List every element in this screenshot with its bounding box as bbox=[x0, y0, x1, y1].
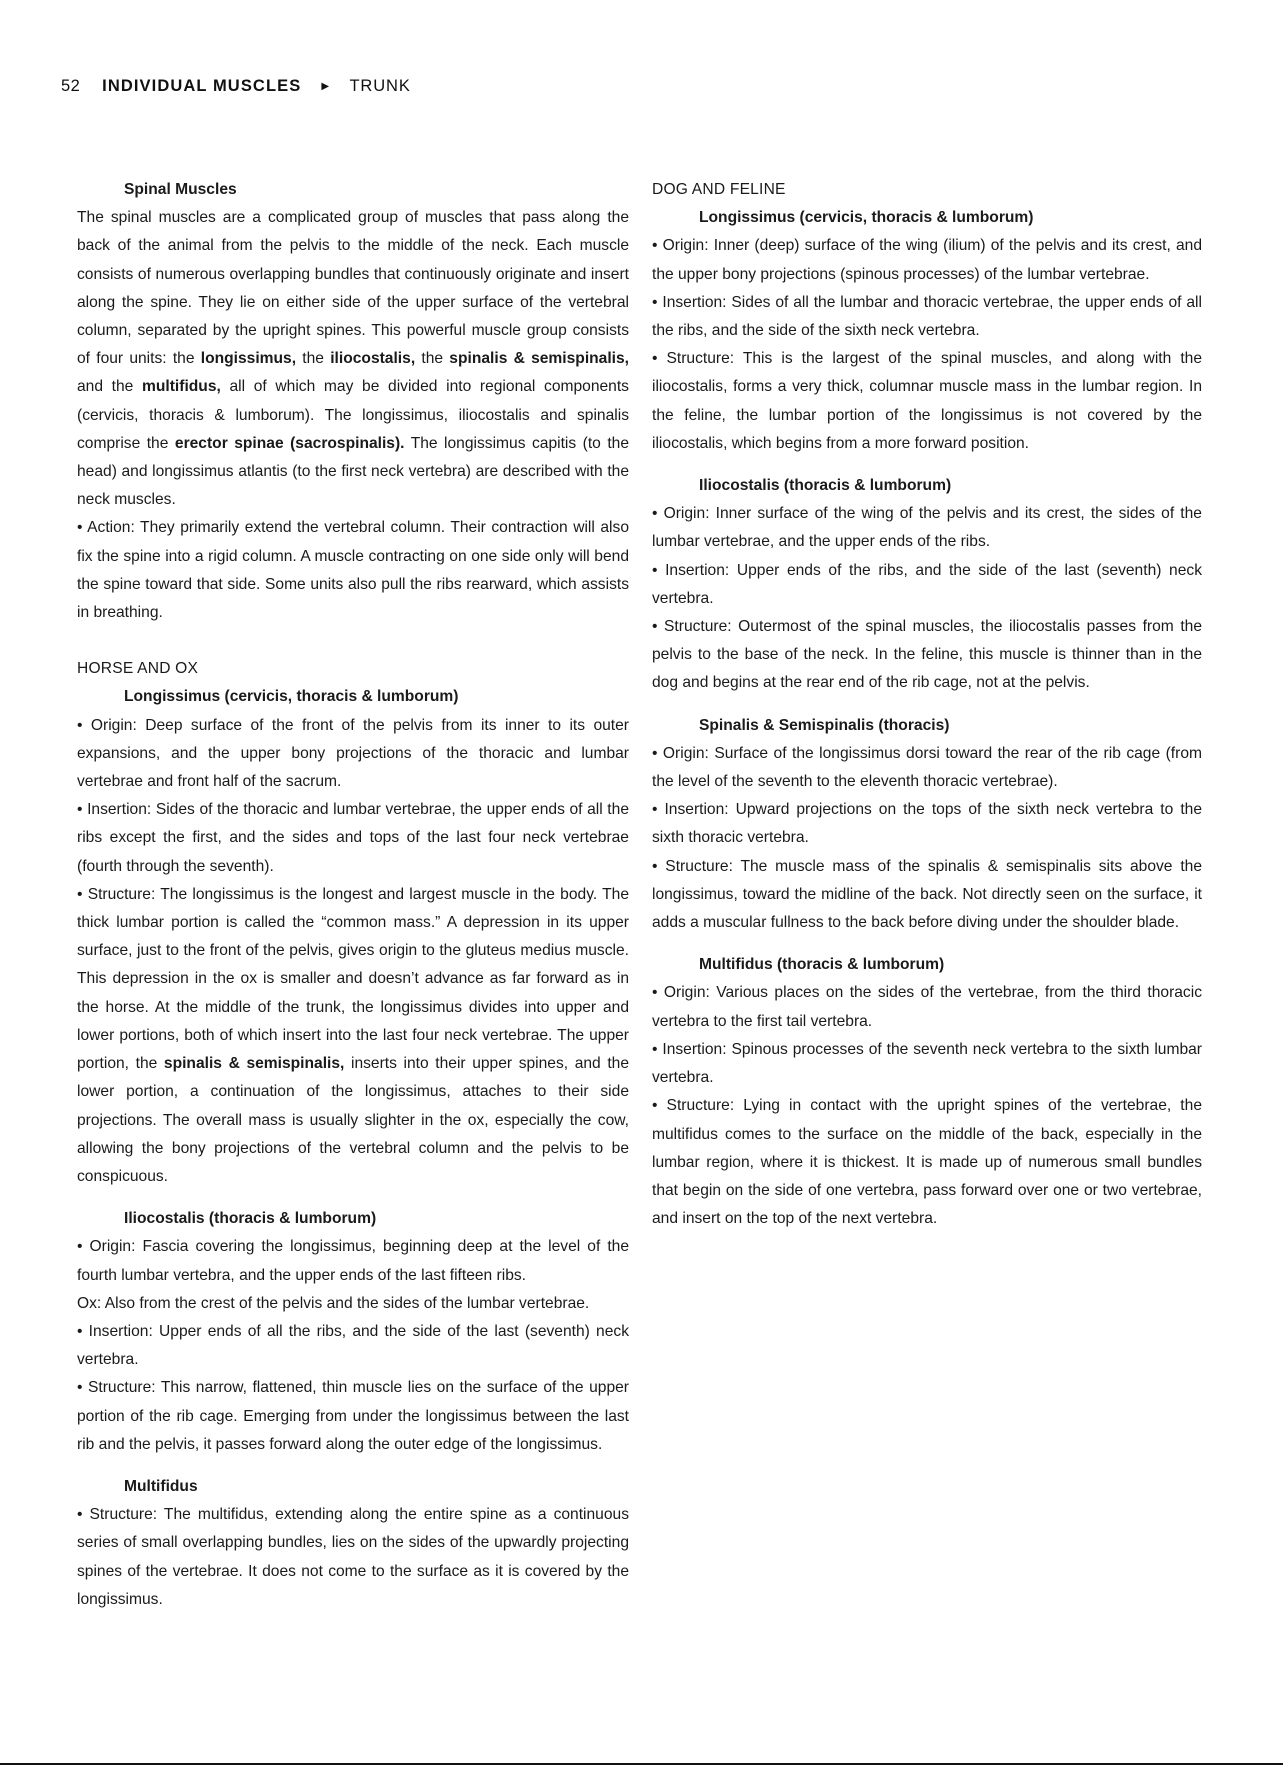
term-spinalis-semispinalis: spinalis & semispinalis, bbox=[164, 1055, 344, 1072]
term-spinalis-semispinalis: spinalis & semispinalis, bbox=[449, 350, 629, 367]
action-paragraph: • Action: They primarily extend the vert… bbox=[77, 514, 629, 627]
running-head: 52 INDIVIDUAL MUSCLES ▶ TRUNK bbox=[61, 77, 411, 96]
left-column: Spinal Muscles The spinal muscles are a … bbox=[77, 176, 629, 1614]
heading-iliocostalis: Iliocostalis (thoracis & lumborum) bbox=[77, 1205, 629, 1233]
structure-paragraph: • Structure: This narrow, flattened, thi… bbox=[77, 1374, 629, 1459]
group-label-dog-feline: DOG AND FELINE bbox=[652, 176, 1202, 204]
structure-paragraph: • Structure: The longissimus is the long… bbox=[77, 881, 629, 1191]
text-run: and the bbox=[77, 378, 142, 395]
origin-paragraph: • Origin: Inner (deep) surface of the wi… bbox=[652, 232, 1202, 288]
structure-paragraph: • Structure: The muscle mass of the spin… bbox=[652, 853, 1202, 938]
text-run: • Structure: The longissimus is the long… bbox=[77, 886, 629, 1072]
origin-paragraph: • Origin: Inner surface of the wing of t… bbox=[652, 500, 1202, 556]
heading-iliocostalis: Iliocostalis (thoracis & lumborum) bbox=[652, 472, 1202, 500]
insertion-paragraph: • Insertion: Upper ends of all the ribs,… bbox=[77, 1318, 629, 1374]
subsection-title: TRUNK bbox=[349, 77, 410, 96]
insertion-paragraph: • Insertion: Spinous processes of the se… bbox=[652, 1036, 1202, 1092]
heading-multifidus: Multifidus (thoracis & lumborum) bbox=[652, 951, 1202, 979]
origin-paragraph: • Origin: Various places on the sides of… bbox=[652, 979, 1202, 1035]
heading-longissimus: Longissimus (cervicis, thoracis & lumbor… bbox=[652, 204, 1202, 232]
intro-paragraph: The spinal muscles are a complicated gro… bbox=[77, 204, 629, 514]
structure-paragraph: • Structure: Lying in contact with the u… bbox=[652, 1092, 1202, 1233]
section-title: INDIVIDUAL MUSCLES bbox=[102, 77, 301, 96]
right-column: DOG AND FELINE Longissimus (cervicis, th… bbox=[652, 176, 1202, 1233]
page-number: 52 bbox=[61, 77, 80, 96]
text-run: The spinal muscles are a complicated gro… bbox=[77, 209, 629, 367]
text-run: the bbox=[296, 350, 330, 367]
insertion-paragraph: • Insertion: Upward projections on the t… bbox=[652, 796, 1202, 852]
origin-paragraph: • Origin: Fascia covering the longissimu… bbox=[77, 1233, 629, 1289]
heading-multifidus: Multifidus bbox=[77, 1473, 629, 1501]
text-run: inserts into their upper spines, and the… bbox=[77, 1055, 629, 1185]
origin-paragraph: • Origin: Deep surface of the front of t… bbox=[77, 712, 629, 797]
heading-longissimus: Longissimus (cervicis, thoracis & lumbor… bbox=[77, 683, 629, 711]
ox-note: Ox: Also from the crest of the pelvis an… bbox=[77, 1290, 629, 1318]
insertion-paragraph: • Insertion: Sides of the thoracic and l… bbox=[77, 796, 629, 881]
term-longissimus: longissimus, bbox=[201, 350, 296, 367]
insertion-paragraph: • Insertion: Sides of all the lumbar and… bbox=[652, 289, 1202, 345]
origin-paragraph: • Origin: Surface of the longissimus dor… bbox=[652, 740, 1202, 796]
text-run: the bbox=[415, 350, 449, 367]
structure-paragraph: • Structure: This is the largest of the … bbox=[652, 345, 1202, 458]
section-heading-spinal-muscles: Spinal Muscles bbox=[77, 176, 629, 204]
insertion-paragraph: • Insertion: Upper ends of the ribs, and… bbox=[652, 557, 1202, 613]
arrow-right-icon: ▶ bbox=[321, 81, 329, 92]
structure-paragraph: • Structure: Outermost of the spinal mus… bbox=[652, 613, 1202, 698]
structure-paragraph: • Structure: The multifidus, extending a… bbox=[77, 1501, 629, 1614]
term-iliocostalis: iliocostalis, bbox=[330, 350, 415, 367]
term-multifidus: multifidus, bbox=[142, 378, 221, 395]
term-erector-spinae: erector spinae (sacrospinalis). bbox=[175, 435, 405, 452]
group-label-horse-ox: HORSE AND OX bbox=[77, 655, 629, 683]
heading-spinalis-semispinalis: Spinalis & Semispinalis (thoracis) bbox=[652, 712, 1202, 740]
